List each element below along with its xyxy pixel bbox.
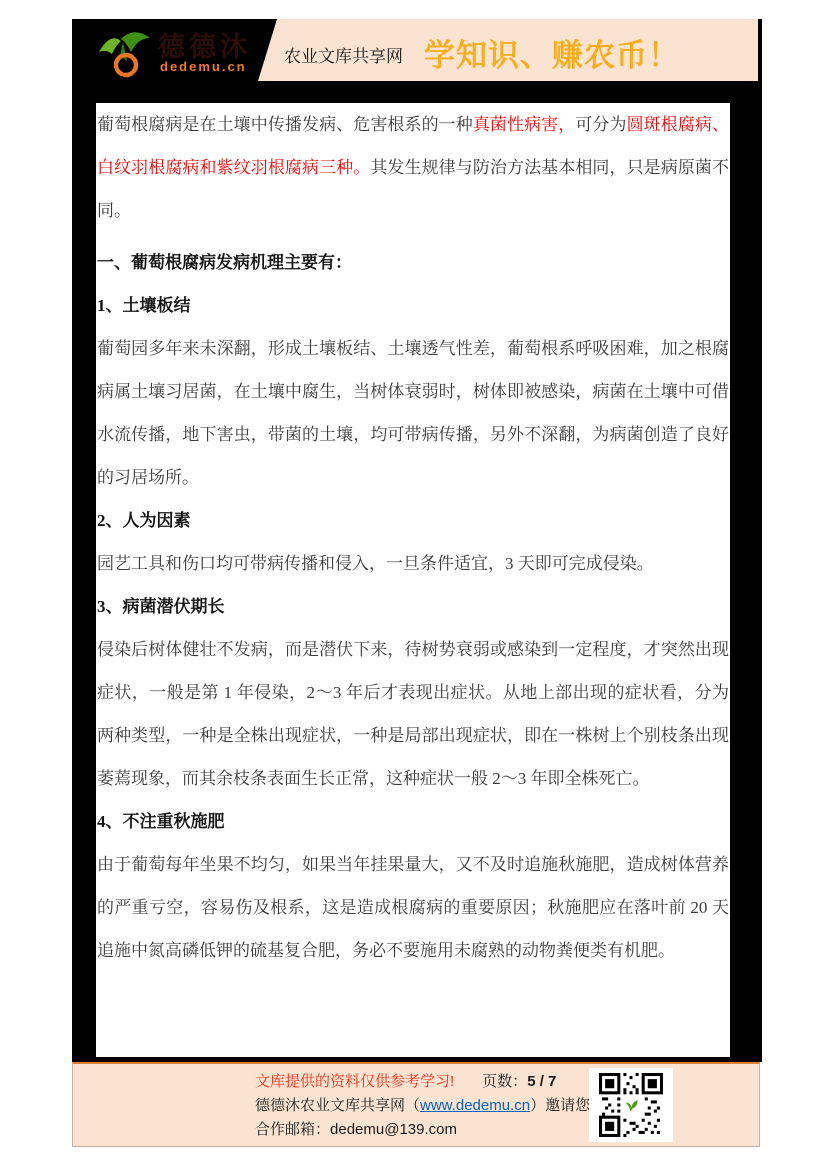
intro-paragraph: 葡萄根腐病是在土壤中传播发病、危害根系的一种真菌性病害，可分为圆斑根腐病、白纹羽… [97,103,729,232]
section-3-heading: 3、病菌潜伏期长 [97,585,729,628]
invite-prefix: 德德沐农业文库共享网（ [255,1097,420,1114]
qr-code-image [599,1073,663,1137]
page-footer: 文库提供的资料仅供参考学习!页数：5 / 7 德德沐农业文库共享网（www.de… [72,1062,760,1147]
intro-seg-2-red: 真菌性病害， [473,115,576,134]
brand-domain: dedemu.cn [160,59,247,74]
disclaimer-text: 文库提供的资料仅供参考学习! [255,1073,454,1090]
section-4-heading: 4、不注重秋施肥 [97,800,729,843]
page-number: 5 / 7 [527,1073,556,1090]
footer-line-2: 德德沐农业文库共享网（www.dedemu.cn）邀请您加入☞ [255,1094,635,1118]
section-1-heading: 1、土壤板结 [97,284,729,327]
pages-label: 页数： [482,1073,527,1090]
site-link[interactable]: www.dedemu.cn [420,1097,530,1114]
main-heading: 一、葡萄根腐病发病机理主要有： [97,241,729,284]
footer-line-3: 合作邮箱：dedemu@139.com [255,1118,635,1142]
site-name: 农业文库共享网 [284,42,403,67]
document-page: 德德沐 dedemu.cn 农业文库共享网 学知识、赚农币！ 葡萄根腐病是在土壤… [0,0,827,1169]
qr-code [589,1068,673,1142]
intro-seg-1: 葡萄根腐病是在土壤中传播发病、危害根系的一种 [97,115,473,134]
document-body: 葡萄根腐病是在土壤中传播发病、危害根系的一种真菌性病害，可分为圆斑根腐病、白纹羽… [96,103,730,1057]
dedemu-logo-icon [96,25,158,79]
footer-line-1: 文库提供的资料仅供参考学习!页数：5 / 7 [255,1070,635,1094]
email-label: 合作邮箱： [255,1121,330,1138]
section-2-body: 园艺工具和伤口均可带病传播和侵入，一旦条件适宜，3 天即可完成侵染。 [97,542,729,585]
header-slogan: 学知识、赚农币！ [424,30,680,75]
qr-logo-badge [622,1096,640,1114]
footer-text: 文库提供的资料仅供参考学习!页数：5 / 7 德德沐农业文库共享网（www.de… [255,1070,635,1142]
email-address: dedemu@139.com [330,1121,457,1138]
section-2-heading: 2、人为因素 [97,499,729,542]
section-4-body: 由于葡萄每年坐果不均匀，如果当年挂果量大，又不及时追施秋施肥，造成树体营养的严重… [97,843,729,972]
page-sheet: 德德沐 dedemu.cn 农业文库共享网 学知识、赚农币！ 葡萄根腐病是在土壤… [72,19,762,1062]
section-1-body: 葡萄园多年来未深翻，形成土壤板结、土壤透气性差，葡萄根系呼吸困难，加之根腐病属土… [97,327,729,499]
section-3-body: 侵染后树体健壮不发病，而是潜伏下来，待树势衰弱或感染到一定程度，才突然出现症状，… [97,628,729,800]
intro-seg-3: 可分为 [575,115,626,134]
